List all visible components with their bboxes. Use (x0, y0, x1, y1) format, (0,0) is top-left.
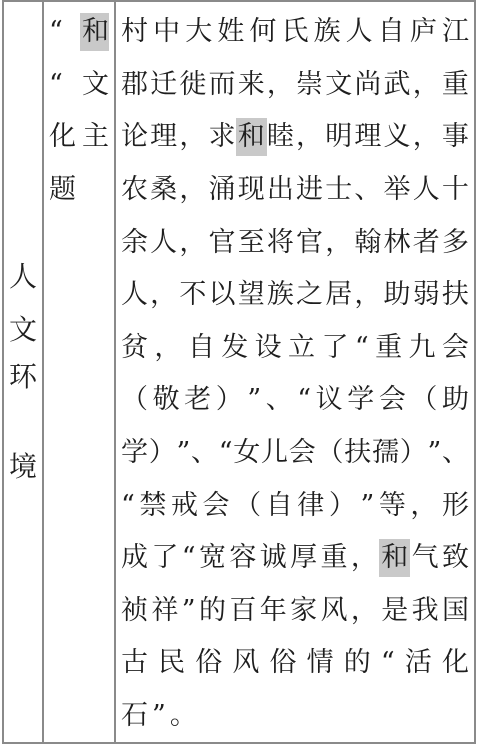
text-char: 宽 (199, 540, 226, 576)
text-char: 现 (238, 172, 265, 208)
text-char: 进 (296, 172, 323, 208)
text-char: 祯 (121, 593, 148, 629)
text-char: 助 (384, 277, 411, 313)
text-char: 义 (384, 119, 411, 155)
text-char: 是 (381, 593, 408, 629)
text-char: ” (176, 435, 190, 471)
text-line: 人，不以望族之居，助弱扶 (121, 269, 469, 322)
text-char: 睦 (267, 119, 294, 155)
text-char: ， (354, 277, 381, 313)
text-char: 将 (267, 225, 294, 261)
text-char: 文 (325, 67, 352, 103)
text-char: 会 (203, 488, 230, 524)
text-char: 风 (320, 593, 347, 629)
text-char: 人 (121, 277, 148, 313)
text-char: 敬 (153, 382, 180, 418)
text-line: （敬老）”、“议学会（助 (121, 374, 469, 427)
text-char: 望 (238, 277, 265, 313)
text-line: 祯祥”的百年家风，是我国 (121, 585, 469, 638)
text-char: ， (410, 488, 437, 524)
text-char: 文 (82, 67, 109, 103)
text-char: 重 (375, 330, 402, 366)
text-char: 郡 (121, 67, 148, 103)
text-char: “ (49, 67, 63, 103)
text-char: （ (410, 382, 437, 418)
text-char: 会 (379, 382, 406, 418)
text-line: 学）”、“女儿会（扶孺）”、 (121, 427, 469, 480)
text-char: 论 (121, 119, 148, 155)
text-char: ” (427, 435, 441, 471)
text-char: 明 (325, 119, 352, 155)
text-char: 、 (354, 172, 381, 208)
text-char: “ (49, 14, 63, 50)
text-char: 桑 (150, 172, 177, 208)
text-char: 徙 (179, 67, 206, 103)
text-char: 自 (266, 488, 293, 524)
text-char: 事 (442, 119, 469, 155)
text-char: 来 (238, 67, 265, 103)
text-char: ” (152, 698, 166, 734)
text-char: 官 (209, 225, 236, 261)
content-cell: 村中大姓何氏族人自庐江郡迁徙而来，崇文尚武，重论理，求和睦，明理义，事农桑，涌现… (116, 2, 474, 742)
text-line: 成了“宽容诚厚重，和气致 (121, 532, 469, 585)
row-header-cell: 人 文 环 境 (4, 2, 44, 742)
text-char: “ (219, 435, 233, 471)
text-char: 家 (290, 593, 317, 629)
text-char: 村 (121, 14, 148, 50)
text-char: 族 (314, 14, 341, 50)
text-char: 重 (442, 67, 469, 103)
text-char: 迁 (150, 67, 177, 103)
text-char: 国 (442, 593, 469, 629)
text-char: 江 (442, 14, 469, 50)
text-char: ， (296, 119, 323, 155)
text-char: 容 (229, 540, 256, 576)
text-char: 了 (151, 540, 178, 576)
text-char: 自 (378, 14, 405, 50)
text-line: 题 (49, 164, 109, 217)
text-char: 姓 (217, 14, 244, 50)
text-char: 崇 (296, 67, 323, 103)
text-char: 律 (297, 488, 324, 524)
text-char: ， (150, 277, 177, 313)
text-char: 发 (221, 330, 248, 366)
text-char: 议 (316, 382, 343, 418)
text-char: ， (351, 540, 378, 576)
text-char: 儿 (261, 435, 288, 471)
text-char: 老 (184, 382, 211, 418)
text-char: （ (121, 382, 148, 418)
text-char: ， (179, 225, 206, 261)
text-char: 会 (289, 435, 316, 471)
text-char: 禁 (139, 488, 166, 524)
text-char: 求 (209, 119, 236, 155)
text-char: 戒 (171, 488, 198, 524)
text-char: 成 (121, 540, 148, 576)
text-line: “文 (49, 59, 109, 112)
text-char: 设 (255, 330, 282, 366)
text-char: 武 (384, 67, 411, 103)
text-char: 主 (82, 119, 109, 155)
text-char: 之 (296, 277, 323, 313)
text-line: “禁戒会（自律）”等，形 (121, 479, 469, 532)
text-char: 俗 (195, 645, 222, 681)
text-char: 扶 (344, 435, 371, 471)
text-char: ， (179, 172, 206, 208)
text-char: 多 (442, 225, 469, 261)
text-char: 出 (267, 172, 294, 208)
text-char: 尚 (354, 67, 381, 103)
text-char: 百 (229, 593, 256, 629)
text-char: 石 (121, 698, 148, 734)
text-char: 厚 (290, 540, 317, 576)
text-line: 余人，官至将官，翰林者多 (121, 216, 469, 269)
text-char: 女 (233, 435, 260, 471)
text-char: 自 (188, 330, 215, 366)
text-char: ， (351, 593, 378, 629)
text-char: 、 (442, 435, 469, 471)
culture-environment-table: 人 文 环 境 “和“文化主题 村中大姓何氏族人自庐江郡迁徙而来，崇文尚武，重论… (2, 0, 476, 744)
text-char: 的 (344, 645, 371, 681)
text-line: 石”。 (121, 690, 469, 742)
text-char: 以 (209, 277, 236, 313)
text-char: 弱 (413, 277, 440, 313)
text-line: 贫，自发设立了“重九会 (121, 322, 469, 375)
text-char: （ (234, 488, 261, 524)
text-char: 我 (412, 593, 439, 629)
text-char: 助 (442, 382, 469, 418)
text-char: 翰 (354, 225, 381, 261)
text-char: 士 (325, 172, 352, 208)
row-header-char: 环 (4, 360, 42, 394)
text-char: 理 (150, 119, 177, 155)
text-char: 大 (185, 14, 212, 50)
row-header-char: 境 (4, 450, 42, 484)
text-char: ） (216, 382, 243, 418)
text-char: 俗 (270, 645, 297, 681)
text-char: 题 (49, 172, 76, 208)
text-char: 居 (325, 277, 352, 313)
text-line: 化主 (49, 111, 109, 164)
text-char: 族 (267, 277, 294, 313)
text-char: 学 (121, 435, 148, 471)
text-char: 人 (150, 225, 177, 261)
text-char: ” (247, 382, 261, 418)
text-char: 会 (442, 330, 469, 366)
text-char: “ (121, 488, 135, 524)
theme-cell: “和“文化主题 (44, 2, 116, 742)
text-char: ， (413, 119, 440, 155)
text-char: 余 (121, 225, 148, 261)
text-char: 情 (307, 645, 334, 681)
text-char: 至 (238, 225, 265, 261)
text-char: 人 (346, 14, 373, 50)
text-char: 立 (288, 330, 315, 366)
text-line: 古民俗风俗情的“活化 (121, 637, 469, 690)
text-char: ， (413, 67, 440, 103)
text-char: 农 (121, 172, 148, 208)
text-line: “和 (49, 6, 109, 59)
text-char: 致 (442, 540, 469, 576)
text-char: 举 (384, 172, 411, 208)
text-char: 学 (347, 382, 374, 418)
text-char: 活 (405, 645, 432, 681)
text-char: 人 (413, 172, 440, 208)
text-char: 氏 (281, 14, 308, 50)
text-char: 年 (260, 593, 287, 629)
text-char: 。 (170, 698, 197, 734)
text-char: 孺 (372, 435, 399, 471)
text-line: 论理，求和睦，明理义，事 (121, 111, 469, 164)
text-char: ” (360, 488, 374, 524)
text-char: ， (179, 119, 206, 155)
text-char: ） (149, 435, 176, 471)
text-char: 理 (354, 119, 381, 155)
search-highlight: 和 (80, 13, 109, 51)
search-highlight: 和 (379, 539, 410, 577)
text-char: 涌 (209, 172, 236, 208)
text-char: 何 (249, 14, 276, 50)
text-char: 祥 (151, 593, 178, 629)
text-char: 庐 (410, 14, 437, 50)
text-char: “ (381, 645, 395, 681)
text-char: ） (400, 435, 427, 471)
text-char: （ (317, 435, 344, 471)
text-char: ， (154, 330, 181, 366)
text-char: 贫 (121, 330, 148, 366)
text-char: 的 (199, 593, 226, 629)
text-char: 、 (191, 435, 218, 471)
text-char: 者 (413, 225, 440, 261)
text-char: “ (182, 540, 196, 576)
text-char: 林 (384, 225, 411, 261)
text-char: ， (325, 225, 352, 261)
text-char: 重 (320, 540, 347, 576)
row-header-char: 人 (4, 260, 42, 294)
text-char: 不 (179, 277, 206, 313)
text-char: 九 (408, 330, 435, 366)
text-char: 而 (209, 67, 236, 103)
text-char: 中 (153, 14, 180, 50)
text-char: 扶 (442, 277, 469, 313)
text-line: 村中大姓何氏族人自庐江 (121, 6, 469, 59)
search-highlight: 和 (236, 118, 267, 156)
text-char: “ (355, 330, 369, 366)
text-char: 了 (321, 330, 348, 366)
text-char: 化 (49, 119, 76, 155)
text-char: ） (329, 488, 356, 524)
text-line: 郡迁徙而来，崇文尚武，重 (121, 59, 469, 112)
text-char: “ (297, 382, 311, 418)
text-line: 农桑，涌现出进士、举人十 (121, 164, 469, 217)
text-char: 古 (121, 645, 148, 681)
text-char: 风 (232, 645, 259, 681)
text-char: ， (267, 67, 294, 103)
text-char: 、 (266, 382, 293, 418)
text-char: 民 (158, 645, 185, 681)
text-char: 十 (442, 172, 469, 208)
text-char: 形 (442, 488, 469, 524)
text-char: 化 (442, 645, 469, 681)
text-char: ” (182, 593, 196, 629)
text-char: 等 (379, 488, 406, 524)
text-char: 官 (296, 225, 323, 261)
text-char: 诚 (260, 540, 287, 576)
text-char: 气 (412, 540, 439, 576)
row-header-char: 文 (4, 313, 42, 347)
